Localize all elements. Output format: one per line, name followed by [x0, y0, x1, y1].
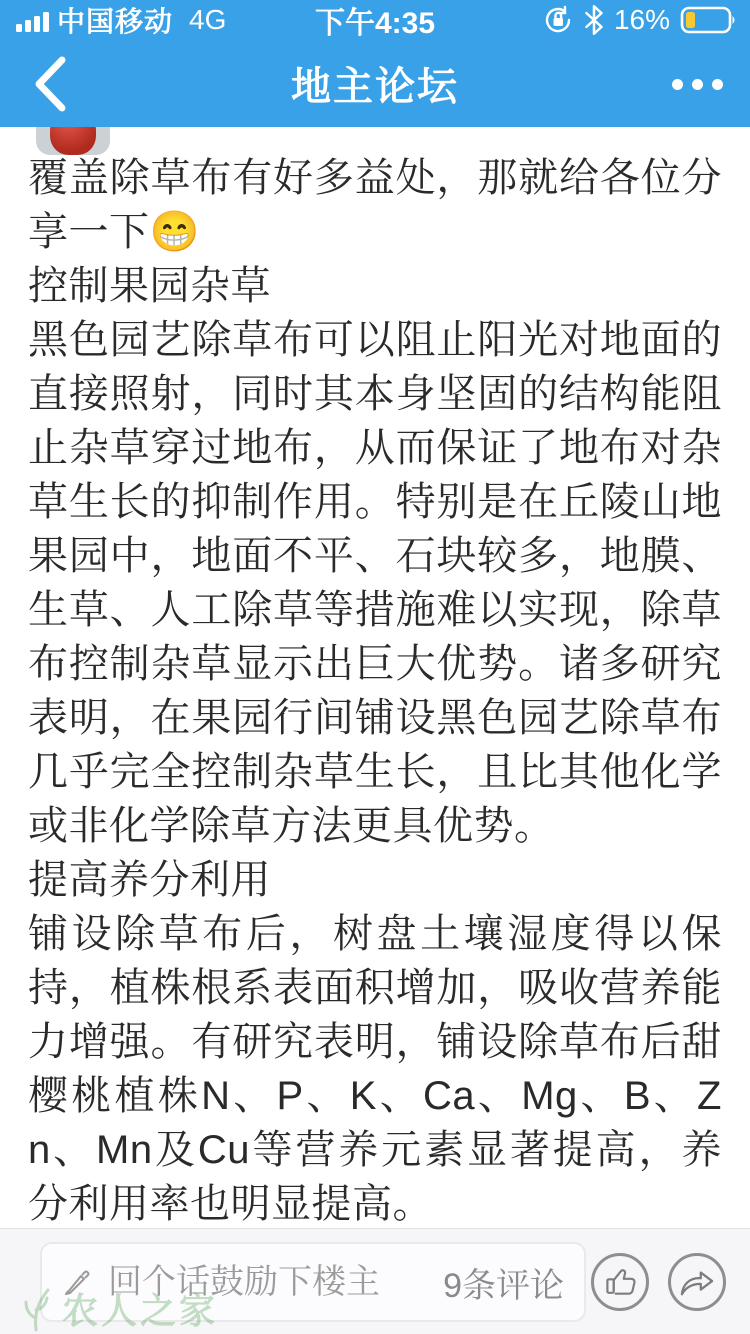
post-paragraph: 铺设除草布后，树盘土壤湿度得以保持，植株根系表面积增加，吸收营养能力增强。有研究… [28, 907, 722, 1231]
ellipsis-icon [672, 79, 683, 90]
comment-count-link[interactable]: 9条评论 [443, 1258, 564, 1307]
post-paragraph: 黑色园艺除草布可以阻止阳光对地面的直接照射，同时其本身坚固的结构能阻止杂草穿过地… [28, 313, 722, 853]
signal-strength-icon [16, 12, 49, 32]
comment-input[interactable] [108, 1263, 429, 1302]
comment-input-box[interactable]: 9条评论 [40, 1242, 586, 1322]
post-paragraph: 控制果园杂草 [28, 259, 722, 313]
carrier-label: 中国移动 [57, 0, 173, 40]
network-type-label: 4G [189, 4, 226, 36]
more-options-button[interactable] [662, 62, 732, 106]
battery-percent-label: 16% [614, 4, 670, 36]
chevron-left-icon [33, 56, 67, 112]
thumbs-up-icon [602, 1264, 638, 1300]
pencil-icon [62, 1266, 94, 1298]
action-buttons [591, 1253, 726, 1311]
battery-icon [680, 5, 738, 35]
like-button[interactable] [591, 1253, 649, 1311]
bluetooth-icon [584, 5, 604, 35]
forward-arrow-icon [678, 1265, 716, 1299]
post-content: 覆盖除草布有好多益处，那就给各位分享一下😁 控制果园杂草 黑色园艺除草布可以阻止… [0, 127, 750, 1334]
post-paragraph: 提高养分利用 [28, 853, 722, 907]
post-paragraph: 覆盖除草布有好多益处，那就给各位分享一下😁 [28, 151, 722, 259]
nav-bar: 地主论坛 [0, 40, 750, 127]
orientation-lock-icon [542, 4, 574, 36]
status-bar: 中国移动 4G 下午4:35 16% [0, 0, 750, 40]
share-button[interactable] [668, 1253, 726, 1311]
page-title: 地主论坛 [0, 55, 750, 112]
app-screen: 中国移动 4G 下午4:35 16% 地主论坛 [0, 0, 750, 1334]
status-right-cluster: 16% [542, 4, 738, 36]
back-button[interactable] [22, 54, 78, 114]
comment-bar: 9条评论 [0, 1228, 750, 1334]
